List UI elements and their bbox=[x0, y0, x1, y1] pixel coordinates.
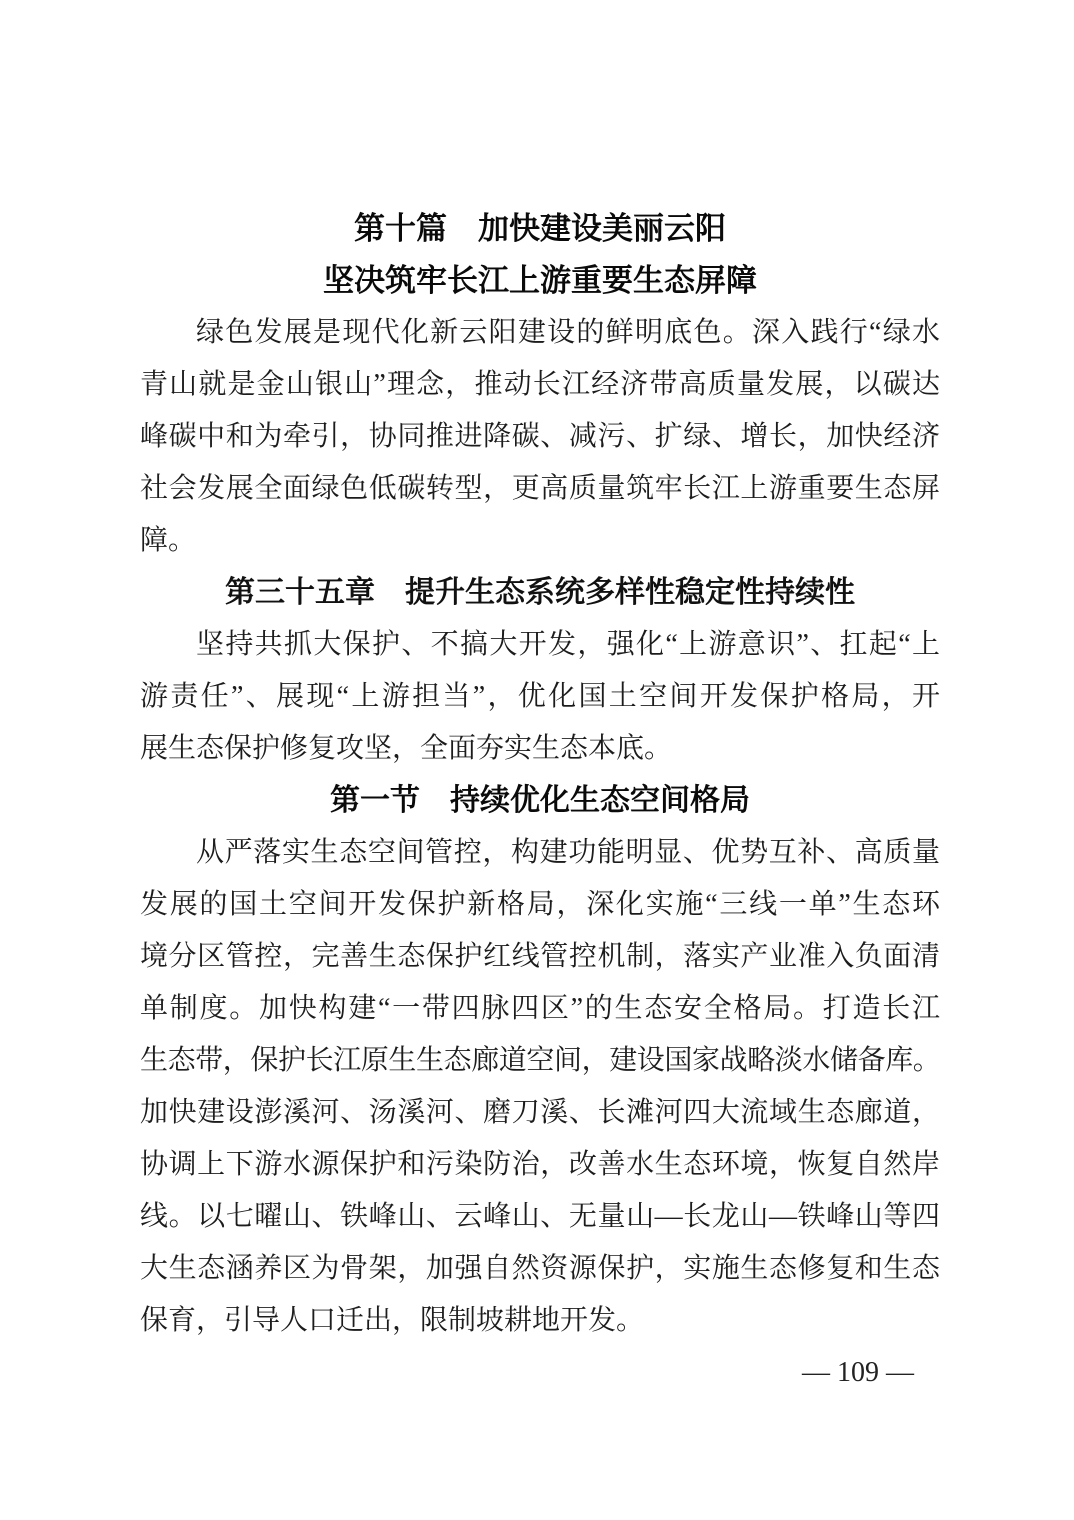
paragraph-line: 大生态涵养区为骨架，加强自然资源保护，实施生态修复和生态 bbox=[140, 1243, 940, 1295]
page-footer: — 109 — bbox=[140, 1347, 940, 1399]
page-content: 第十篇 加快建设美丽云阳 坚决筑牢长江上游重要生态屏障 绿色发展是现代化新云阳建… bbox=[0, 0, 1074, 1399]
chapter-paragraph: 坚持共抓大保护、不搞大开发，强化“上游意识”、扛起“上 游责任”、展现“上游担当… bbox=[140, 619, 940, 775]
paragraph-line: 保育，引导人口迁出，限制坡耕地开发。 bbox=[140, 1295, 940, 1347]
paragraph-line: 游责任”、展现“上游担当”，优化国土空间开发保护格局，开 bbox=[140, 671, 940, 723]
paragraph-line: 发展的国土空间开发保护新格局，深化实施“三线一单”生态环 bbox=[140, 879, 940, 931]
section-paragraph: 从严落实生态空间管控，构建功能明显、优势互补、高质量 发展的国土空间开发保护新格… bbox=[140, 827, 940, 1347]
paragraph-line: 境分区管控，完善生态保护红线管控机制，落实产业准入负面清 bbox=[140, 931, 940, 983]
paragraph-line: 单制度。加快构建“一带四脉四区”的生态安全格局。打造长江 bbox=[140, 983, 940, 1035]
section-heading: 第一节 持续优化生态空间格局 bbox=[140, 775, 940, 827]
paragraph-line: 青山就是金山银山”理念，推动长江经济带高质量发展，以碳达 bbox=[140, 359, 940, 411]
chapter-heading: 第三十五章 提升生态系统多样性稳定性持续性 bbox=[140, 567, 940, 619]
paragraph-line: 协调上下游水源保护和污染防治，改善水生态环境，恢复自然岸 bbox=[140, 1139, 940, 1191]
paragraph-line: 展生态保护修复攻坚，全面夯实生态本底。 bbox=[140, 723, 940, 775]
page-number: — 109 — bbox=[802, 1357, 914, 1388]
part-title-line-2: 坚决筑牢长江上游重要生态屏障 bbox=[140, 255, 940, 307]
intro-paragraph: 绿色发展是现代化新云阳建设的鲜明底色。深入践行“绿水 青山就是金山银山”理念，推… bbox=[140, 307, 940, 567]
paragraph-line: 线。以七曜山、铁峰山、云峰山、无量山—长龙山—铁峰山等四 bbox=[140, 1191, 940, 1243]
paragraph-line: 坚持共抓大保护、不搞大开发，强化“上游意识”、扛起“上 bbox=[140, 619, 940, 671]
paragraph-line: 生态带，保护长江原生生态廊道空间，建设国家战略淡水储备库。 bbox=[140, 1035, 940, 1087]
paragraph-line: 社会发展全面绿色低碳转型，更高质量筑牢长江上游重要生态屏 bbox=[140, 463, 940, 515]
part-title-line-1: 第十篇 加快建设美丽云阳 bbox=[140, 203, 940, 255]
paragraph-line: 加快建设澎溪河、汤溪河、磨刀溪、长滩河四大流域生态廊道， bbox=[140, 1087, 940, 1139]
paragraph-line: 障。 bbox=[140, 515, 940, 567]
paragraph-line: 从严落实生态空间管控，构建功能明显、优势互补、高质量 bbox=[140, 827, 940, 879]
paragraph-line: 绿色发展是现代化新云阳建设的鲜明底色。深入践行“绿水 bbox=[140, 307, 940, 359]
paragraph-line: 峰碳中和为牵引，协同推进降碳、减污、扩绿、增长，加快经济 bbox=[140, 411, 940, 463]
document-page: 第十篇 加快建设美丽云阳 坚决筑牢长江上游重要生态屏障 绿色发展是现代化新云阳建… bbox=[0, 0, 1074, 1520]
